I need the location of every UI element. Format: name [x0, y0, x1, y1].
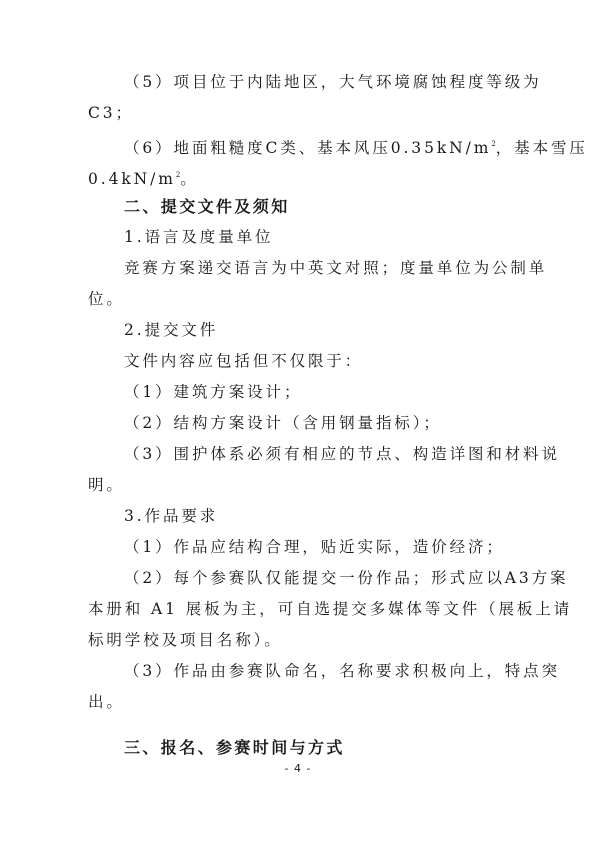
paragraph-language-continuation: 位。: [88, 284, 508, 315]
item-5-continuation: C3；: [88, 98, 508, 129]
list-item-enclosure-continuation: 明。: [88, 470, 508, 501]
text-segment: （6）地面粗糙度C类、基本风压0.35kN/m: [124, 139, 491, 157]
subheading-work-requirements: 3.作品要求: [124, 501, 508, 532]
requirement-2-continuation-2: 标明学校及项目名称）。: [88, 625, 508, 656]
item-6-wind-snow: （6）地面粗糙度C类、基本风压0.35kN/m2，基本雪压: [124, 129, 508, 160]
requirement-3-continuation: 出。: [88, 687, 508, 718]
item-5-location: （5）项目位于内陆地区，大气环境腐蚀程度等级为: [124, 67, 508, 98]
item-6-continuation: 0.4kN/m2。: [88, 160, 508, 191]
requirement-3: （3）作品由参赛队命名，名称要求积极向上，特点突: [124, 656, 508, 687]
text-segment: 0.4kN/m: [88, 170, 176, 188]
requirement-1: （1）作品应结构合理，贴近实际，造价经济；: [124, 532, 508, 563]
list-item-architecture: （1）建筑方案设计；: [124, 377, 508, 408]
text-segment: ，基本雪压: [496, 139, 588, 157]
section-heading-3: 三、报名、参赛时间与方式: [124, 732, 508, 763]
paragraph-language: 竞赛方案递交语言为中英文对照；度量单位为公制单: [124, 253, 508, 284]
requirement-2-continuation: 本册和 A1 展板为主，可自选提交多媒体等文件（展板上请: [88, 594, 508, 625]
list-item-structure: （2）结构方案设计（含用钢量指标）；: [124, 408, 508, 439]
list-item-enclosure: （3）围护体系必须有相应的节点、构造详图和材料说: [124, 439, 508, 470]
text-segment: 。: [180, 170, 198, 188]
page-number: - 4 -: [0, 761, 596, 777]
paragraph-file-content: 文件内容应包括但不仅限于：: [124, 346, 508, 377]
document-page: （5）项目位于内陆地区，大气环境腐蚀程度等级为 C3； （6）地面粗糙度C类、基…: [0, 0, 596, 842]
section-heading-2: 二、提交文件及须知: [124, 191, 508, 222]
subheading-language-units: 1.语言及度量单位: [124, 222, 508, 253]
requirement-2: （2）每个参赛队仅能提交一份作品；形式应以A3方案: [124, 563, 508, 594]
subheading-submission-files: 2.提交文件: [124, 315, 508, 346]
